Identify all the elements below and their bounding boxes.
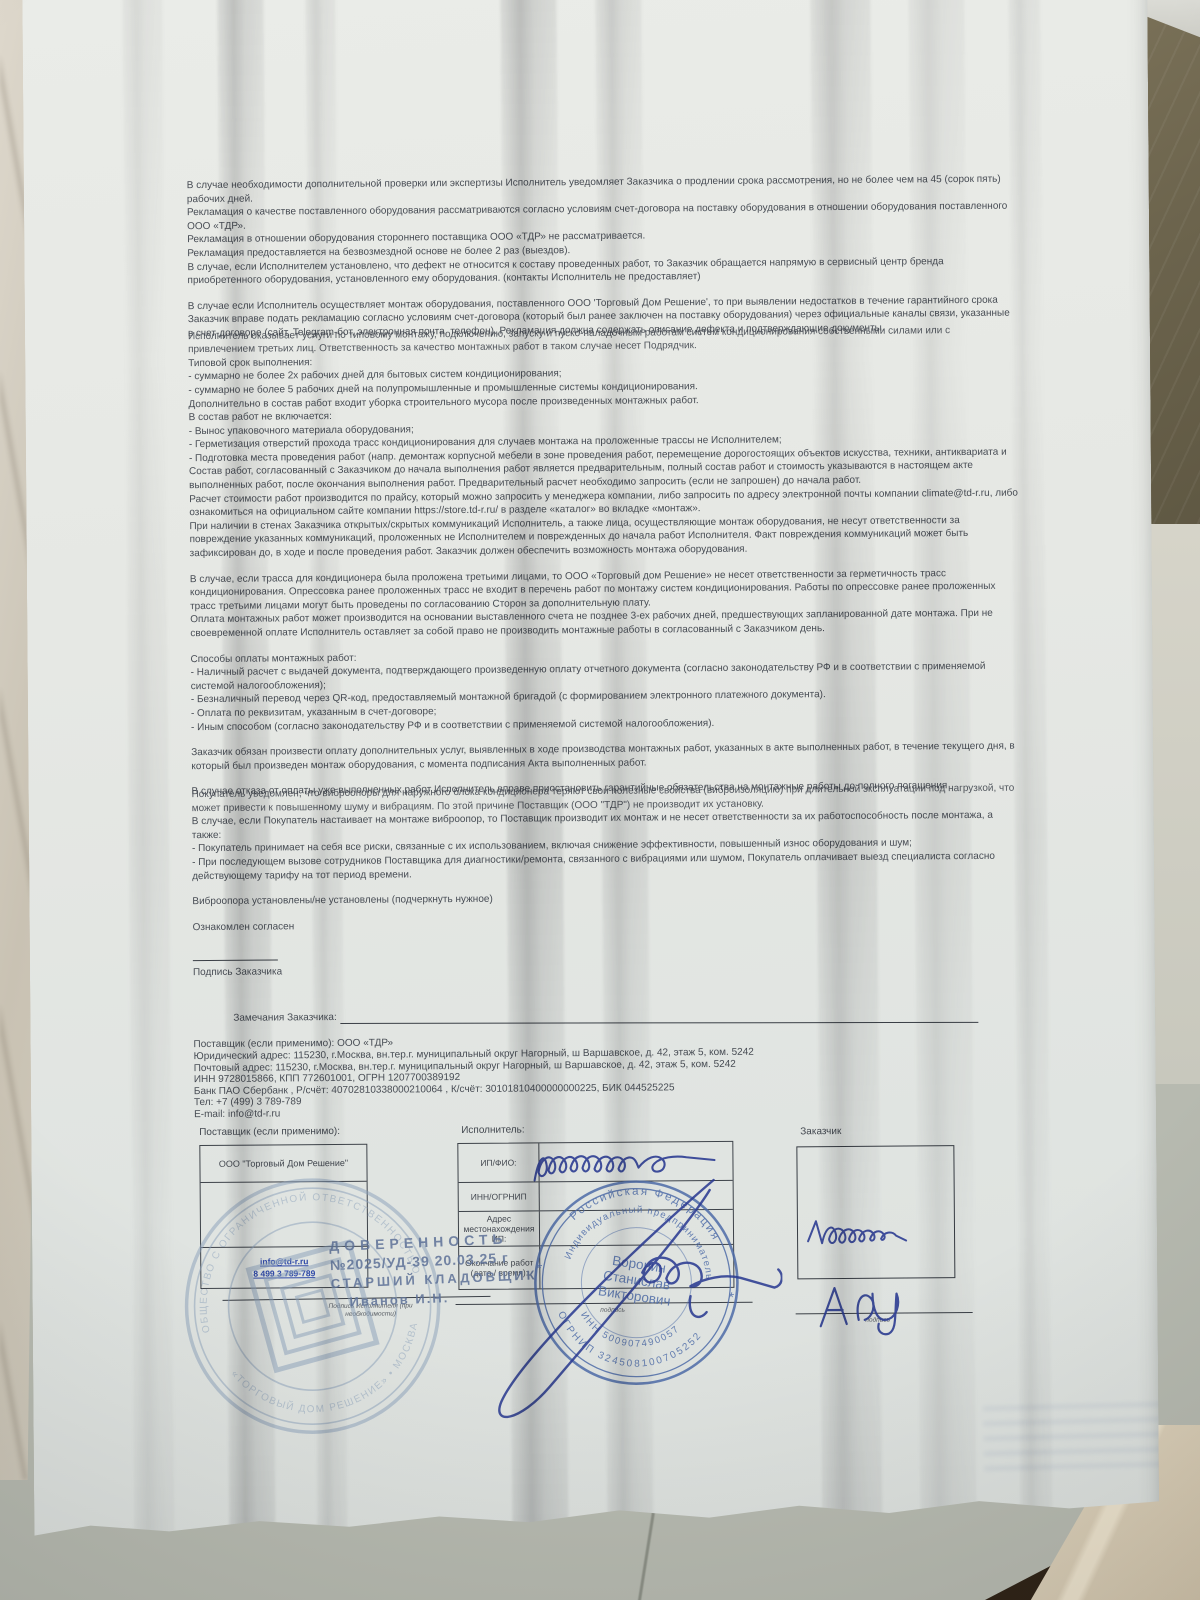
executor-flourish-signature (451, 1161, 783, 1429)
signature-section: Поставщик (если применимо): ООО "Торговы… (22, 0, 1159, 1556)
document-page: В случае необходимости дополнительной пр… (22, 0, 1159, 1556)
customer-line-handwriting (810, 1277, 920, 1336)
supplier-column-label: Поставщик (если применимо): (199, 1126, 340, 1138)
customer-column-label: Заказчик (800, 1126, 841, 1137)
executor-column-label: Исполнитель: (461, 1125, 525, 1136)
next-page-ink-ghosting (983, 1402, 1185, 1477)
customer-box-handwriting (802, 1210, 917, 1256)
